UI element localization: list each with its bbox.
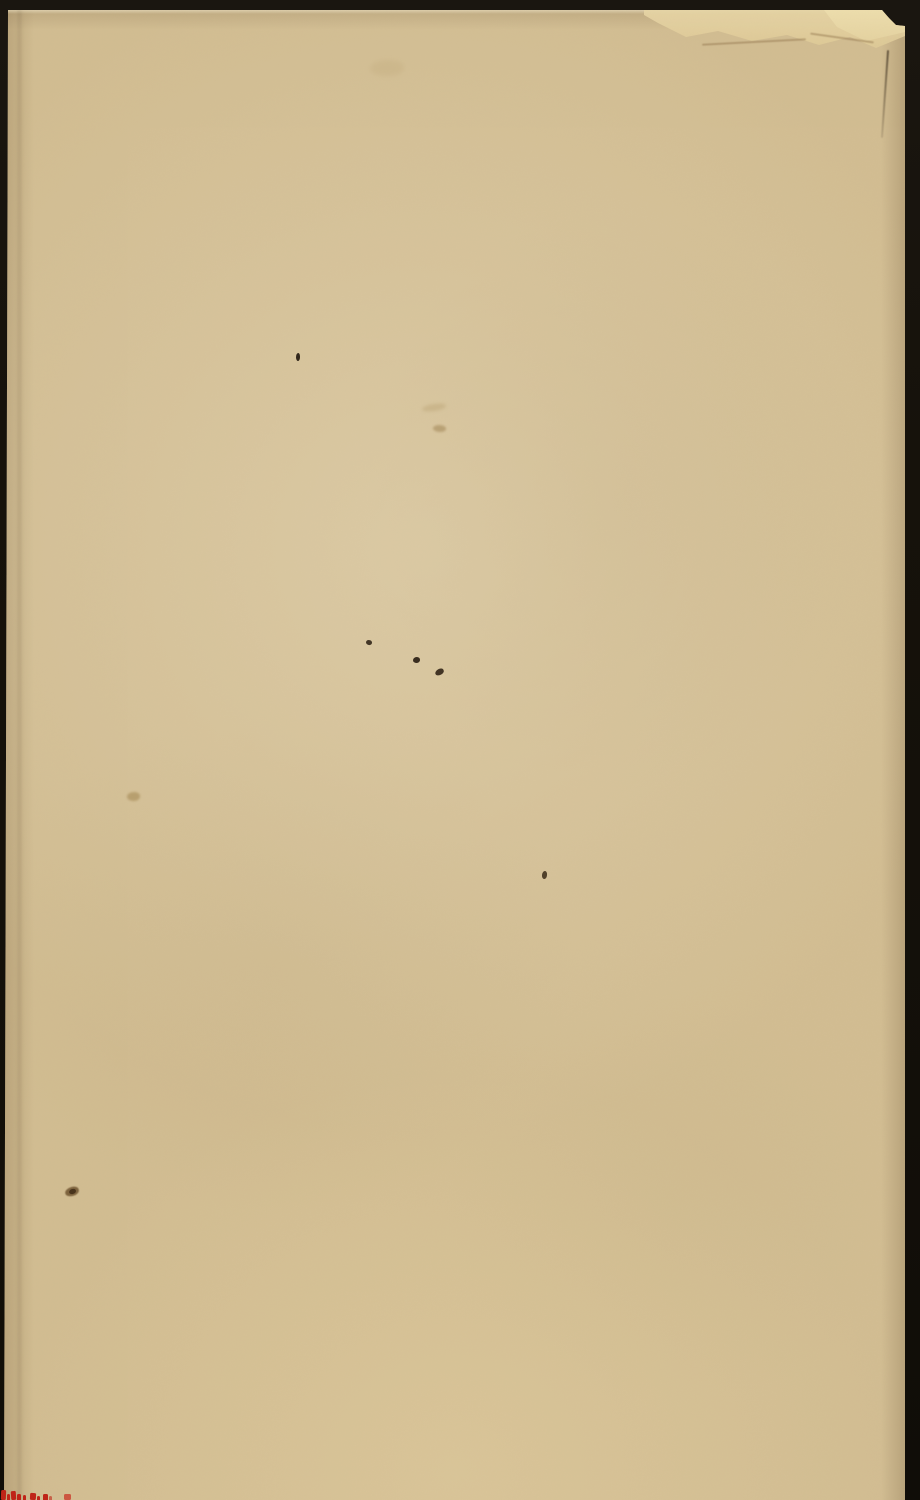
paper-crack-line — [881, 50, 889, 138]
book-scan — [0, 0, 920, 1500]
torn-corner-band — [4, 10, 905, 58]
binding-gutter-shadow — [18, 10, 21, 1500]
paper-grain-texture — [4, 10, 905, 1500]
page-scan-paper — [4, 10, 905, 1500]
